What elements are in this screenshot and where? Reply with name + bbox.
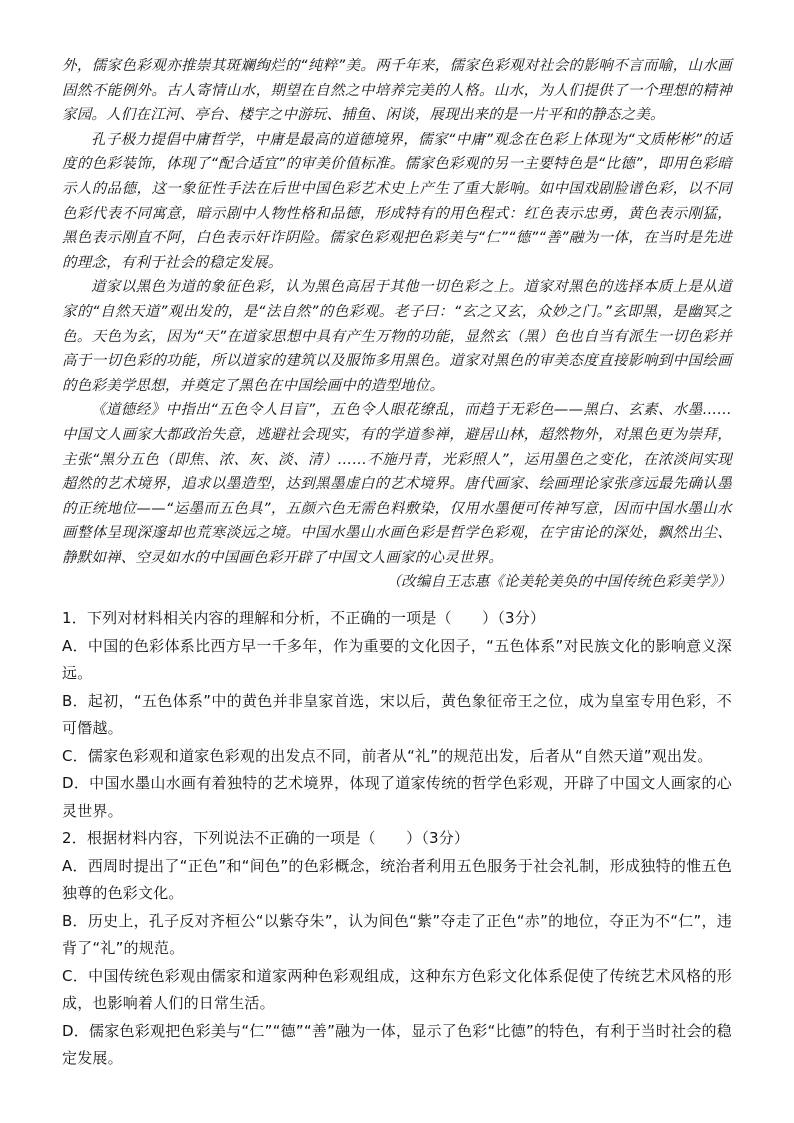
passage-paragraph-continuation: 外，儒家色彩观亦推崇其斑斓绚烂的“纯粹”美。两千年来，儒家色彩观对社会的影响不言… — [62, 54, 732, 128]
page-content: 外，儒家色彩观亦推崇其斑斓绚烂的“纯粹”美。两千年来，儒家色彩观对社会的影响不言… — [62, 54, 732, 1073]
question-section: 1．下列对材料相关内容的理解和分析，不正确的一项是（ ）（3分） A．中国的色彩… — [62, 605, 732, 1073]
question-2-stem: 2．根据材料内容，下列说法不正确的一项是（ ）（3分） — [62, 825, 732, 853]
question-1-option-b[interactable]: B．起初，“五色体系”中的黄色并非皇家首选，宋以后，黄色象征帝王之位，成为皇室专… — [62, 688, 732, 743]
question-2-option-a[interactable]: A．西周时提出了“正色”和“间色”的色彩概念，统治者利用五色服务于社会礼制，形成… — [62, 853, 732, 908]
passage-attribution: （改编自王志惠《论美轮美奂的中国传统色彩美学》） — [62, 570, 732, 595]
question-2-option-b[interactable]: B．历史上，孔子反对齐桓公“以紫夺朱”，认为间色“紫”夺走了正色“赤”的地位，夺… — [62, 908, 732, 963]
passage-paragraph-ink-painting: 《道德经》中指出“五色令人目盲”，五色令人眼花缭乱，而趋于无彩色——黑白、玄素、… — [62, 398, 732, 570]
question-2-option-c[interactable]: C．中国传统色彩观由儒家和道家两种色彩观组成，这种东方色彩文化体系促使了传统艺术… — [62, 963, 732, 1018]
question-2-option-d[interactable]: D．儒家色彩观把色彩美与“仁”“德”“善”融为一体，显示了色彩“比德”的特色，有… — [62, 1018, 732, 1073]
passage-paragraph-daoist: 道家以黑色为道的象征色彩，认为黑色高居于其他一切色彩之上。道家对黑色的选择本质上… — [62, 275, 732, 398]
question-1-stem: 1．下列对材料相关内容的理解和分析，不正确的一项是（ ）（3分） — [62, 605, 732, 633]
question-1-option-a[interactable]: A．中国的色彩体系比西方早一千多年，作为重要的文化因子，“五色体系”对民族文化的… — [62, 633, 732, 688]
exam-page: 外，儒家色彩观亦推崇其斑斓绚烂的“纯粹”美。两千年来，儒家色彩观对社会的影响不言… — [0, 0, 794, 1123]
question-1-option-c[interactable]: C．儒家色彩观和道家色彩观的出发点不同，前者从“礼”的规范出发，后者从“自然天道… — [62, 743, 732, 771]
question-1-option-d[interactable]: D．中国水墨山水画有着独特的艺术境界，体现了道家传统的哲学色彩观，开辟了中国文人… — [62, 770, 732, 825]
passage-paragraph-confucian: 孔子极力提倡中庸哲学，中庸是最高的道德境界，儒家“中庸”观念在色彩上体现为“文质… — [62, 128, 732, 276]
reading-passage: 外，儒家色彩观亦推崇其斑斓绚烂的“纯粹”美。两千年来，儒家色彩观对社会的影响不言… — [62, 54, 732, 595]
